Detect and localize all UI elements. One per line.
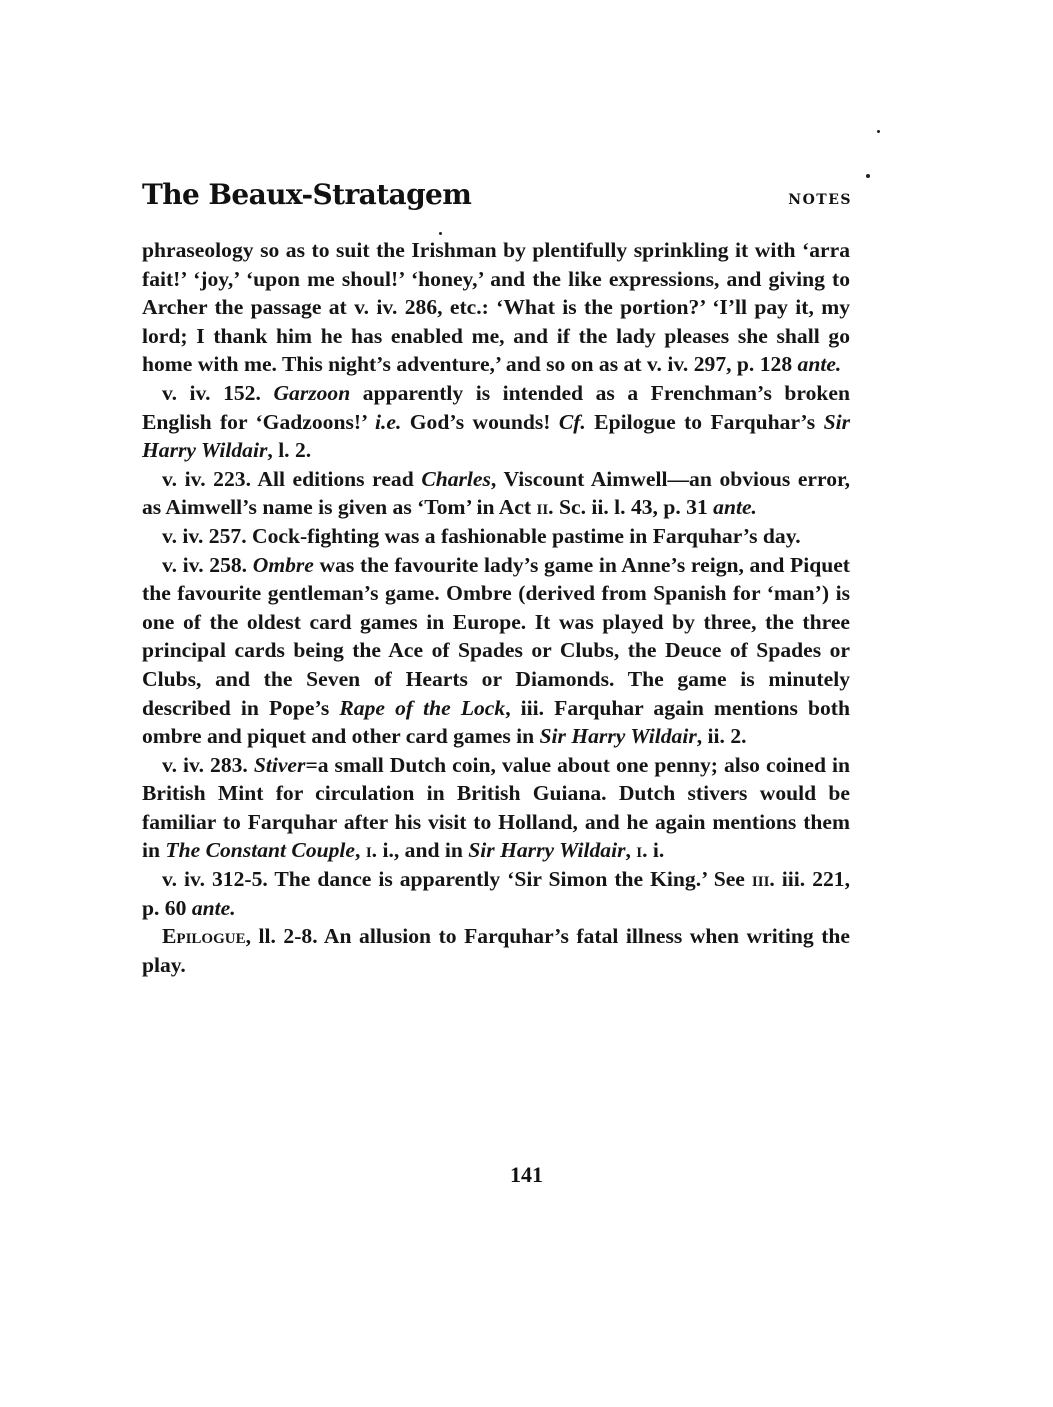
italic-text: ante. — [713, 495, 757, 519]
small-caps-text: ii. — [537, 495, 554, 519]
italic-text: ante. — [192, 896, 236, 920]
scan-speck — [866, 174, 870, 178]
italic-text: Cf. — [559, 410, 586, 434]
italic-text: Sir Harry Wildair — [540, 724, 697, 748]
book-page: The Beaux-Stratagem NOTES phraseology so… — [0, 0, 1053, 1407]
note-paragraph: Epilogue, ll. 2-8. An allusion to Farquh… — [142, 922, 850, 979]
italic-text: Rape of the Lock — [339, 696, 505, 720]
text-run: , — [625, 838, 636, 862]
small-caps-text: Epilogue — [162, 924, 246, 948]
text-run: v. iv. 257. Cock-fighting was a fashiona… — [162, 524, 801, 548]
text-run: i. — [648, 838, 665, 862]
text-run: , ii. 2. — [697, 724, 747, 748]
running-header: The Beaux-Stratagem NOTES — [142, 178, 852, 218]
italic-text: Stiver — [254, 753, 306, 777]
text-run: v. iv. 312-5. The dance is apparently ‘S… — [162, 867, 752, 891]
notes-body: phraseology so as to suit the Irishman b… — [142, 236, 850, 979]
text-run: , ll. 2-8. An allusion to Farquhar’s fat… — [142, 924, 850, 977]
italic-text: Sir Harry Wildair — [468, 838, 625, 862]
continuation-paragraph: phraseology so as to suit the Irishman b… — [142, 236, 850, 379]
text-run: phraseology so as to suit the Irishman b… — [142, 238, 850, 376]
scan-speck — [439, 232, 442, 235]
text-run: v. iv. 283. — [162, 753, 254, 777]
italic-text: Charles — [421, 467, 491, 491]
note-paragraph: v. iv. 258. Ombre was the favourite lady… — [142, 551, 850, 751]
note-paragraph: v. iv. 283. Stiver=a small Dutch coin, v… — [142, 751, 850, 865]
note-paragraph: v. iv. 257. Cock-fighting was a fashiona… — [142, 522, 850, 551]
small-caps-text: i. — [636, 838, 647, 862]
note-paragraph: v. iv. 223. All editions read Charles, V… — [142, 465, 850, 522]
text-run: God’s wounds! — [401, 410, 558, 434]
note-paragraph: v. iv. 152. Garzoon apparently is intend… — [142, 379, 850, 465]
text-run: v. iv. 152. — [162, 381, 273, 405]
text-run: i., and in — [377, 838, 468, 862]
text-run: Sc. ii. l. 43, p. 31 — [554, 495, 714, 519]
small-caps-text: iii. — [752, 867, 775, 891]
note-paragraph: v. iv. 312-5. The dance is apparently ‘S… — [142, 865, 850, 922]
text-run: Epilogue to Farquhar’s — [586, 410, 824, 434]
italic-text: i.e. — [375, 410, 401, 434]
text-run: , — [355, 838, 366, 862]
section-label: NOTES — [788, 192, 852, 208]
text-run: was the favourite lady’s game in Anne’s … — [142, 553, 850, 720]
italic-text: ante. — [798, 352, 842, 376]
small-caps-text: i. — [366, 838, 377, 862]
text-run: v. iv. 223. All editions read — [162, 467, 421, 491]
text-run: v. iv. 258. — [162, 553, 253, 577]
italic-text: Ombre — [253, 553, 314, 577]
page-number: 141 — [0, 1162, 1053, 1188]
text-run: , l. 2. — [267, 438, 311, 462]
scan-speck — [877, 130, 880, 133]
italic-text: Garzoon — [273, 381, 350, 405]
running-title: The Beaux-Stratagem — [142, 178, 471, 211]
italic-text: The Constant Couple — [165, 838, 355, 862]
